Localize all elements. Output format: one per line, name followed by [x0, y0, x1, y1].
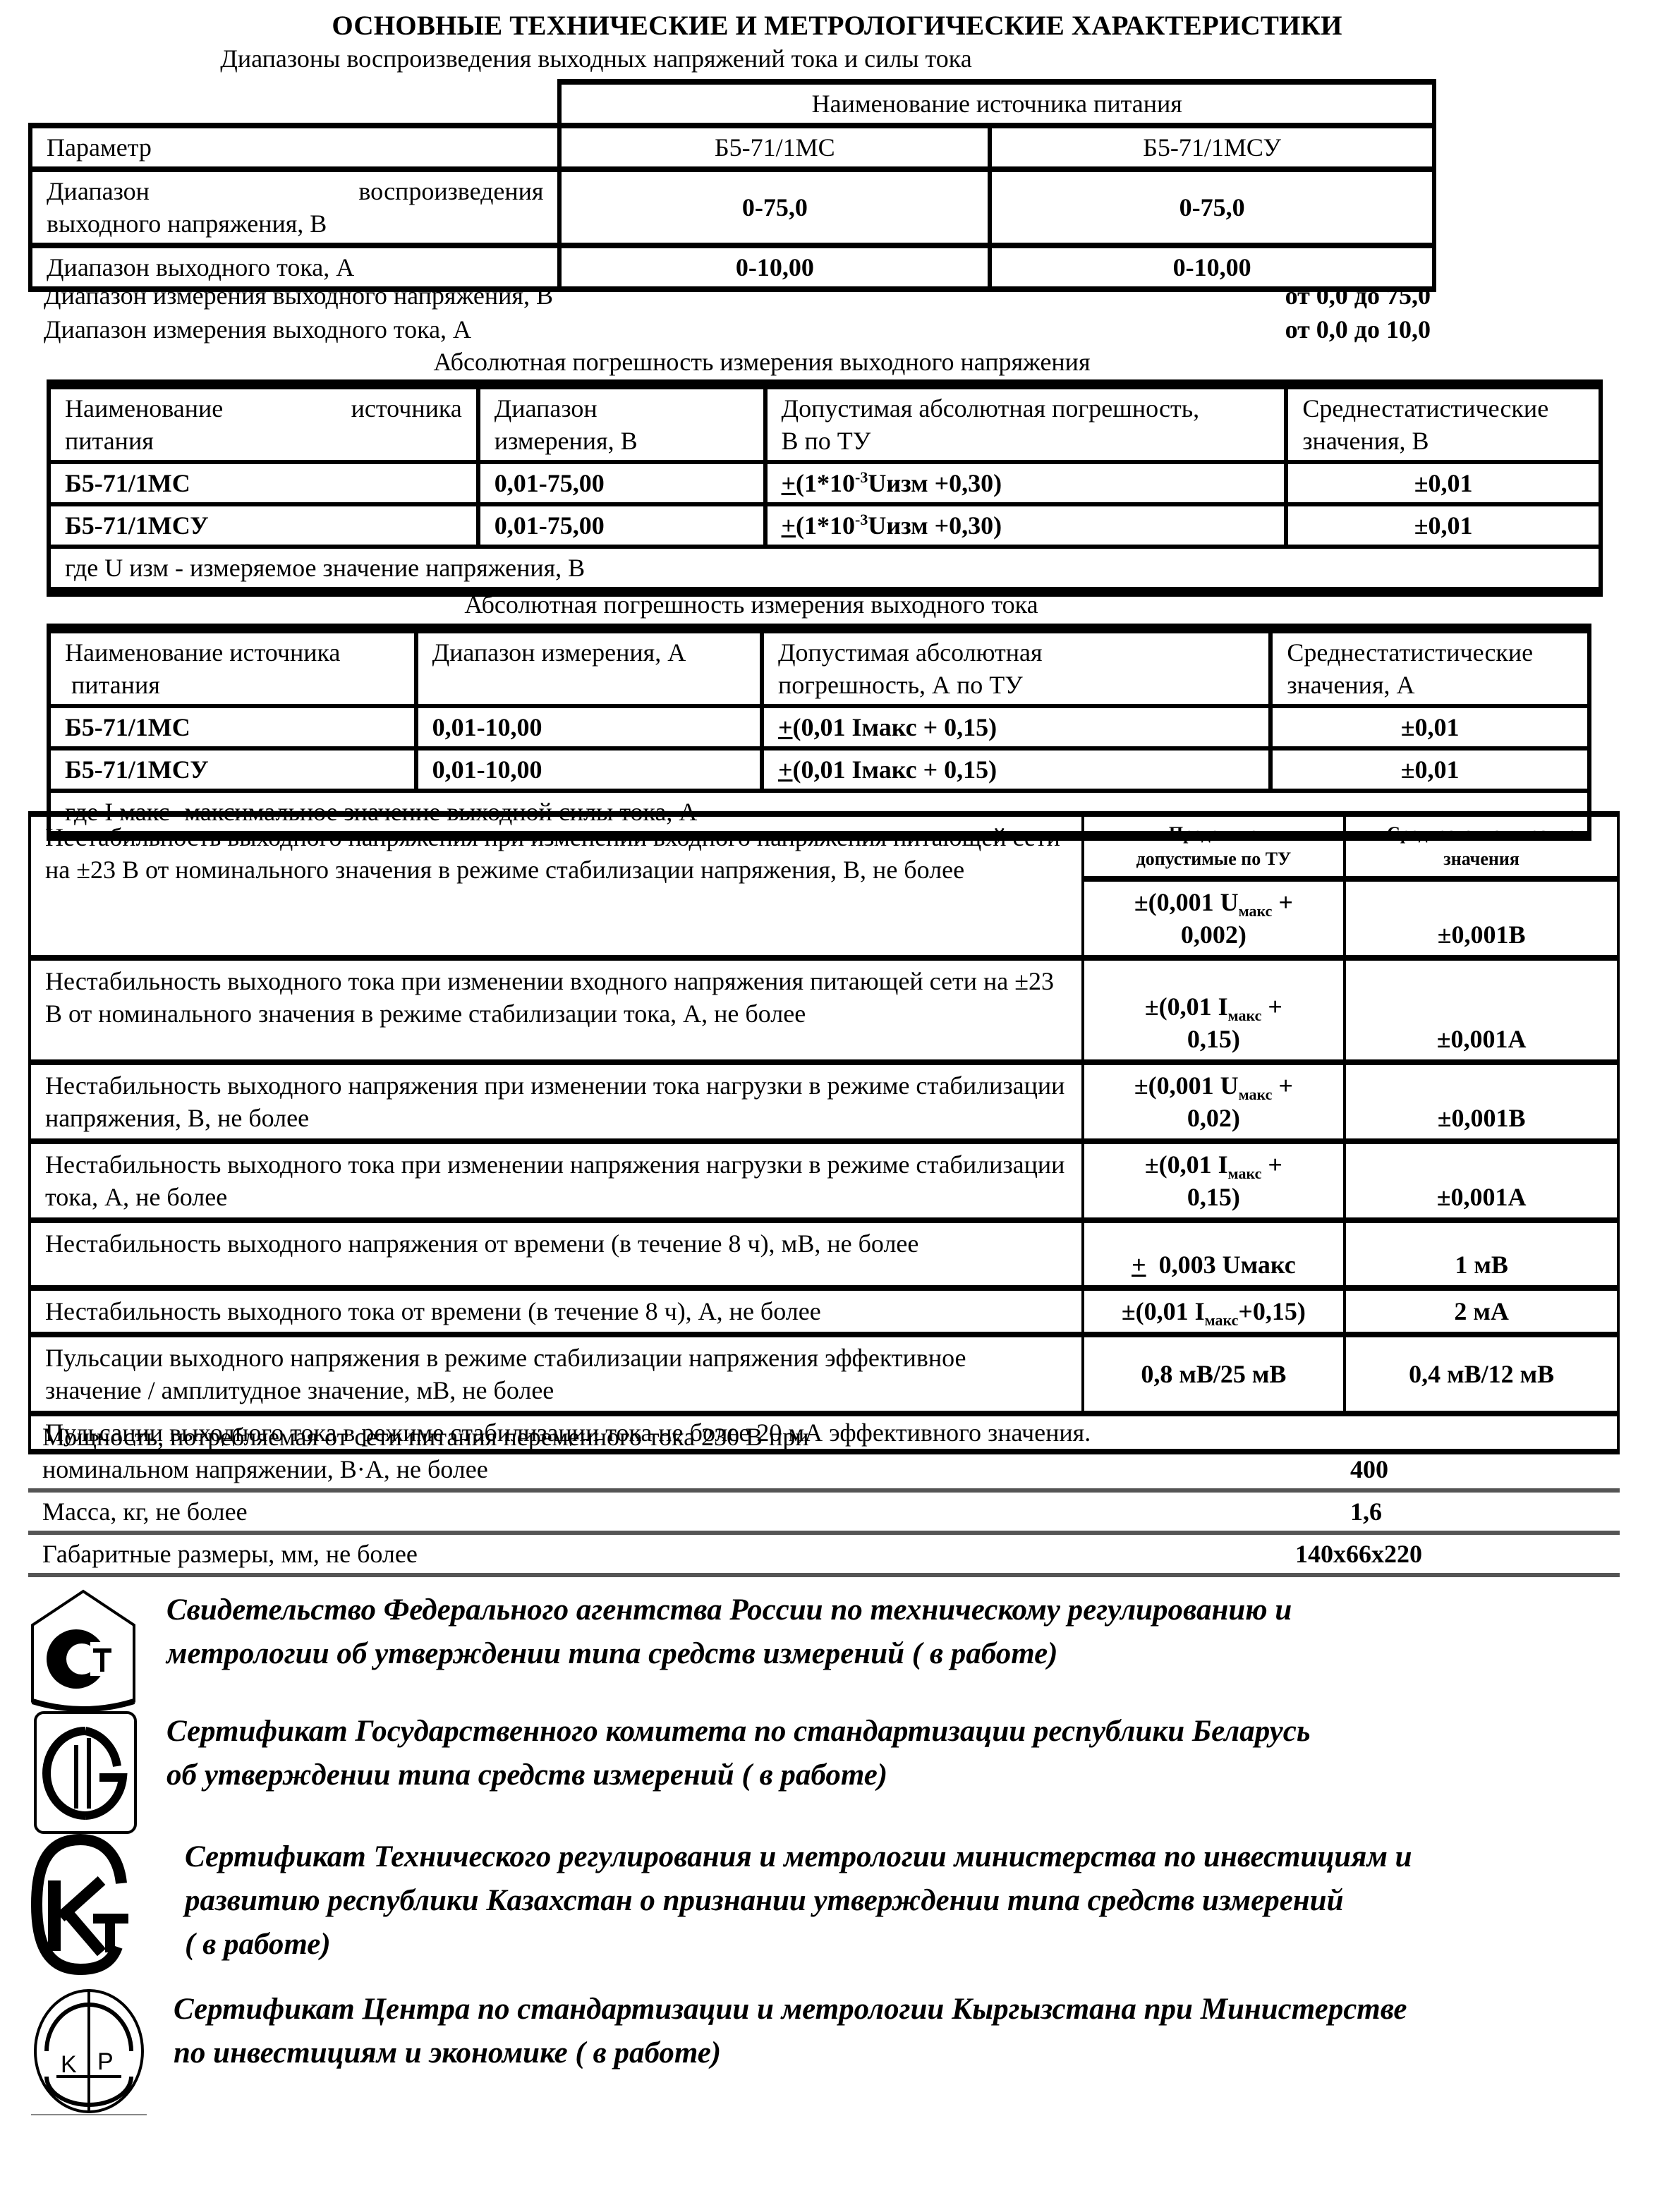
row-label: Пульсации выходного напряжения в режиме …: [30, 1335, 1083, 1414]
table-row: Нестабильность выходного тока при измене…: [30, 958, 1618, 1062]
measurement-range-voltage: Диапазон измерения выходного напряжения,…: [44, 281, 1431, 313]
svg-text:K: K: [61, 2051, 77, 2078]
ranges-caption: Диапазоны воспроизведения выходных напря…: [0, 44, 1192, 73]
range-cell: 0,01-10,00: [416, 748, 762, 791]
spec-label: Мощность, потребляемая от сети питания п…: [28, 1418, 1084, 1490]
limit-cell: ±(0,01 Iмакс + 0,15): [1083, 1141, 1345, 1220]
row-label: Нестабильность выходного тока при измене…: [30, 958, 1083, 1062]
model-cell: Б5-71/1МСУ: [49, 748, 416, 791]
header-range: Диапазон измерения, А: [416, 628, 762, 706]
table-row: Пульсации выходного напряжения в режиме …: [30, 1335, 1618, 1414]
spec-value: 140x66x220: [1084, 1533, 1620, 1575]
certificate-belarus: Сертификат Государственного комитета по …: [166, 1710, 1311, 1797]
spec-value: 1,6: [1084, 1490, 1620, 1533]
table-row: Нестабильность выходного напряжения при …: [30, 1062, 1618, 1141]
header-stat: Среднестатистические значения, В: [1286, 384, 1601, 462]
table-row: Нестабильность выходного тока от времени…: [30, 1288, 1618, 1335]
range-cell: 0,01-10,00: [416, 706, 762, 748]
measurement-range-current: Диапазон измерения выходного тока, А от …: [44, 315, 1431, 347]
row-label: Нестабильность выходного тока при измене…: [30, 1141, 1083, 1220]
table-row: Диапазонвоспроизведения выходного напряж…: [30, 169, 1434, 245]
row-value: 0-75,0: [990, 169, 1434, 245]
header-source-name: Наименованиеисточника питания: [49, 384, 478, 462]
header-limit: Предельно допустимые по ТУ: [1083, 814, 1345, 879]
row-label: Нестабильность выходного напряжения при …: [30, 814, 1083, 958]
spec-label: Масса, кг, не более: [28, 1490, 1084, 1533]
stat-cell: ±0,001В: [1345, 879, 1618, 958]
voltage-error-table: Наименованиеисточника питания Диапазон и…: [47, 379, 1603, 597]
voltage-error-caption: Абсолютная погрешность измерения выходно…: [0, 347, 1524, 377]
limit-cell: ±(0,001 Uмакс + 0,002): [1083, 879, 1345, 958]
row-label: Диапазонвоспроизведения выходного напряж…: [30, 169, 559, 245]
table-row: Нестабильность выходного тока при измене…: [30, 1141, 1618, 1220]
table-row: Б5-71/1МСУ 0,01-10,00 +(0,01 Iмакс + 0,1…: [49, 748, 1589, 791]
stat-cell: ±0,001А: [1345, 958, 1618, 1062]
table-row: Б5-71/1МС 0,01-10,00 +(0,01 Iмакс + 0,15…: [49, 706, 1589, 748]
general-specs-table: Мощность, потребляемая от сети питания п…: [28, 1418, 1620, 1577]
limit-cell: ±(0,01 Iмакс + 0,15): [1083, 958, 1345, 1062]
table-row: Нестабильность выходного напряжения при …: [30, 814, 1618, 879]
current-error-table: Наименование источника питания Диапазон …: [47, 624, 1591, 841]
limit-cell: + 0,003 Uмакс: [1083, 1220, 1345, 1288]
kazakhstan-kz-mark-icon: [31, 1834, 130, 1975]
spec-value: 400: [1084, 1418, 1620, 1490]
stat-cell: ±0,01: [1286, 504, 1601, 547]
voltage-error-note: где U изм - измеряемое значение напряжен…: [49, 547, 1601, 592]
table-row: Б5-71/1МСУ 0,01-75,00 +(1*10-3Uизм +0,30…: [49, 504, 1601, 547]
kyrgyzstan-kr-mark-icon: K P: [28, 1985, 150, 2117]
certificate-kyrgyzstan: Сертификат Центра по стандартизации и ме…: [174, 1988, 1407, 2075]
param-header: Параметр: [30, 126, 559, 169]
header-stat: Среднестатистические значения, А: [1270, 628, 1589, 706]
header-stat: Среднестатистические значения: [1345, 814, 1618, 879]
model-cell: Б5-71/1МС: [49, 462, 478, 504]
formula-cell: +(1*10-3Uизм +0,30): [765, 504, 1287, 547]
model-header-1: Б5-71/1МС: [559, 126, 990, 169]
row-label: Нестабильность выходного напряжения от в…: [30, 1220, 1083, 1288]
ranges-table: Наименование источника питания Параметр …: [28, 79, 1436, 292]
row-label: Нестабильность выходного тока от времени…: [30, 1288, 1083, 1335]
belarus-stb-mark-icon: [32, 1710, 138, 1835]
certificate-kazakhstan: Сертификат Технического регулирования и …: [185, 1835, 1412, 1967]
stat-cell: 1 мВ: [1345, 1220, 1618, 1288]
page-title: ОСНОВНЫЕ ТЕХНИЧЕСКИЕ И МЕТРОЛОГИЧЕСКИЕ Х…: [0, 10, 1674, 42]
limit-cell: ±(0,01 Iмакс+0,15): [1083, 1288, 1345, 1335]
stat-cell: ±0,001В: [1345, 1062, 1618, 1141]
row-value: 0-75,0: [559, 169, 990, 245]
stat-cell: ±0,01: [1270, 748, 1589, 791]
header-range: Диапазон измерения, В: [478, 384, 765, 462]
stat-cell: 2 мА: [1345, 1288, 1618, 1335]
row-label: Нестабильность выходного напряжения при …: [30, 1062, 1083, 1141]
certificate-russia: Свидетельство Федерального агентства Рос…: [166, 1588, 1292, 1676]
stat-cell: ±0,001А: [1345, 1141, 1618, 1220]
limit-cell: ±(0,001 Uмакс + 0,02): [1083, 1062, 1345, 1141]
table-row: Мощность, потребляемая от сети питания п…: [28, 1418, 1620, 1490]
spec-label: Габаритные размеры, мм, не более: [28, 1533, 1084, 1575]
table-row: Нестабильность выходного напряжения от в…: [30, 1220, 1618, 1288]
formula-cell: +(1*10-3Uизм +0,30): [765, 462, 1287, 504]
power-source-name-header: Наименование источника питания: [559, 82, 1434, 126]
table-row: Б5-71/1МС 0,01-75,00 +(1*10-3Uизм +0,30)…: [49, 462, 1601, 504]
model-cell: Б5-71/1МС: [49, 706, 416, 748]
model-header-2: Б5-71/1МСУ: [990, 126, 1434, 169]
stat-cell: 0,4 мВ/12 мВ: [1345, 1335, 1618, 1414]
table-row: Масса, кг, не более 1,6: [28, 1490, 1620, 1533]
table-row: Габаритные размеры, мм, не более 140x66x…: [28, 1533, 1620, 1575]
formula-cell: +(0,01 Iмакс + 0,15): [762, 706, 1270, 748]
current-error-caption: Абсолютная погрешность измерения выходно…: [0, 590, 1503, 619]
header-allowed-error: Допустимая абсолютная погрешность, А по …: [762, 628, 1270, 706]
rst-gost-mark-icon: [28, 1588, 138, 1715]
header-source-name: Наименование источника питания: [49, 628, 416, 706]
range-cell: 0,01-75,00: [478, 504, 765, 547]
stat-cell: ±0,01: [1286, 462, 1601, 504]
stat-cell: ±0,01: [1270, 706, 1589, 748]
instability-table: Нестабильность выходного напряжения при …: [28, 811, 1620, 1454]
formula-cell: +(0,01 Iмакс + 0,15): [762, 748, 1270, 791]
svg-text:P: P: [97, 2048, 114, 2075]
range-cell: 0,01-75,00: [478, 462, 765, 504]
limit-cell: 0,8 мВ/25 мВ: [1083, 1335, 1345, 1414]
header-allowed-error: Допустимая абсолютная погрешность, В по …: [765, 384, 1287, 462]
model-cell: Б5-71/1МСУ: [49, 504, 478, 547]
